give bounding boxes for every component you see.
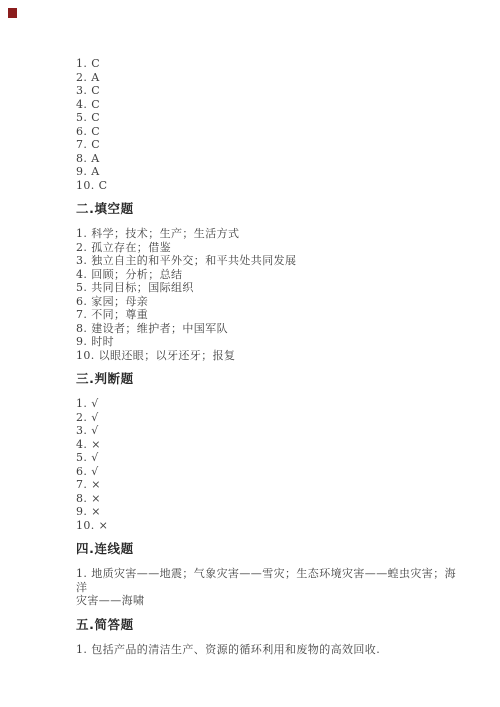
choice-answer-line: 9. A: [76, 165, 462, 179]
choice-answers-list: 1. C2. A3. C4. C5. C6. C7. C8. A9. A10. …: [76, 57, 462, 192]
choice-answer-line: 5. C: [76, 111, 462, 125]
choice-answer-line: 4. C: [76, 98, 462, 112]
fill-in-blank-answer-line: 8. 建设者；维护者；中国军队: [76, 322, 462, 336]
fill-in-blank-answer-line: 4. 回顾；分析；总结: [76, 268, 462, 282]
short-answer-line: 1. 包括产品的清洁生产、资源的循环利用和废物的高效回收.: [76, 643, 462, 657]
answer-sheet-page: 1. C2. A3. C4. C5. C6. C7. C8. A9. A10. …: [0, 0, 500, 707]
choice-answer-line: 6. C: [76, 125, 462, 139]
fill-in-blank-answer-line: 2. 孤立存在；借鉴: [76, 241, 462, 255]
true-false-answer-line: 3. √: [76, 424, 462, 438]
choice-answer-line: 1. C: [76, 57, 462, 71]
choice-answer-line: 3. C: [76, 84, 462, 98]
choice-answer-line: 10. C: [76, 179, 462, 193]
choice-answer-line: 2. A: [76, 71, 462, 85]
fill-in-blank-answer-line: 5. 共同目标；国际组织: [76, 281, 462, 295]
matching-answer-line: 1. 地质灾害——地震；气象灾害——雪灾；生态环境灾害——蝗虫灾害；海洋: [76, 567, 462, 594]
true-false-answer-line: 4. ×: [76, 438, 462, 452]
true-false-answer-line: 1. √: [76, 397, 462, 411]
true-false-answer-line: 8. ×: [76, 492, 462, 506]
fill-in-blank-answer-line: 9. 时时: [76, 335, 462, 349]
true-false-answer-line: 2. √: [76, 411, 462, 425]
section-heading-matching: 四.连线题: [76, 542, 462, 556]
true-false-answer-line: 7. ×: [76, 478, 462, 492]
section-heading-true-false: 三.判断题: [76, 372, 462, 386]
fill-in-blank-answer-line: 7. 不同；尊重: [76, 308, 462, 322]
true-false-answers-list: 1. √2. √3. √4. ×5. √6. √7. ×8. ×9. ×10. …: [76, 397, 462, 532]
matching-answers-list: 1. 地质灾害——地震；气象灾害——雪灾；生态环境灾害——蝗虫灾害；海洋灾害——…: [76, 567, 462, 608]
short-answer-list: 1. 包括产品的清洁生产、资源的循环利用和废物的高效回收.: [76, 643, 462, 657]
fill-in-blank-answer-line: 6. 家园；母亲: [76, 295, 462, 309]
fill-in-blank-answers-list: 1. 科学；技术；生产；生活方式2. 孤立存在；借鉴3. 独立自主的和平外交；和…: [76, 227, 462, 362]
choice-answer-line: 7. C: [76, 138, 462, 152]
true-false-answer-line: 5. √: [76, 451, 462, 465]
page-content: 1. C2. A3. C4. C5. C6. C7. C8. A9. A10. …: [0, 0, 500, 707]
section-heading-fill-in-blank: 二.填空题: [76, 202, 462, 216]
true-false-answer-line: 10. ×: [76, 519, 462, 533]
matching-answer-line: 灾害——海啸: [76, 594, 462, 608]
choice-answer-line: 8. A: [76, 152, 462, 166]
fill-in-blank-answer-line: 3. 独立自主的和平外交；和平共处共同发展: [76, 254, 462, 268]
fill-in-blank-answer-line: 10. 以眼还眼；以牙还牙；报复: [76, 349, 462, 363]
true-false-answer-line: 6. √: [76, 465, 462, 479]
fill-in-blank-answer-line: 1. 科学；技术；生产；生活方式: [76, 227, 462, 241]
true-false-answer-line: 9. ×: [76, 505, 462, 519]
section-heading-short-answer: 五.简答题: [76, 618, 462, 632]
